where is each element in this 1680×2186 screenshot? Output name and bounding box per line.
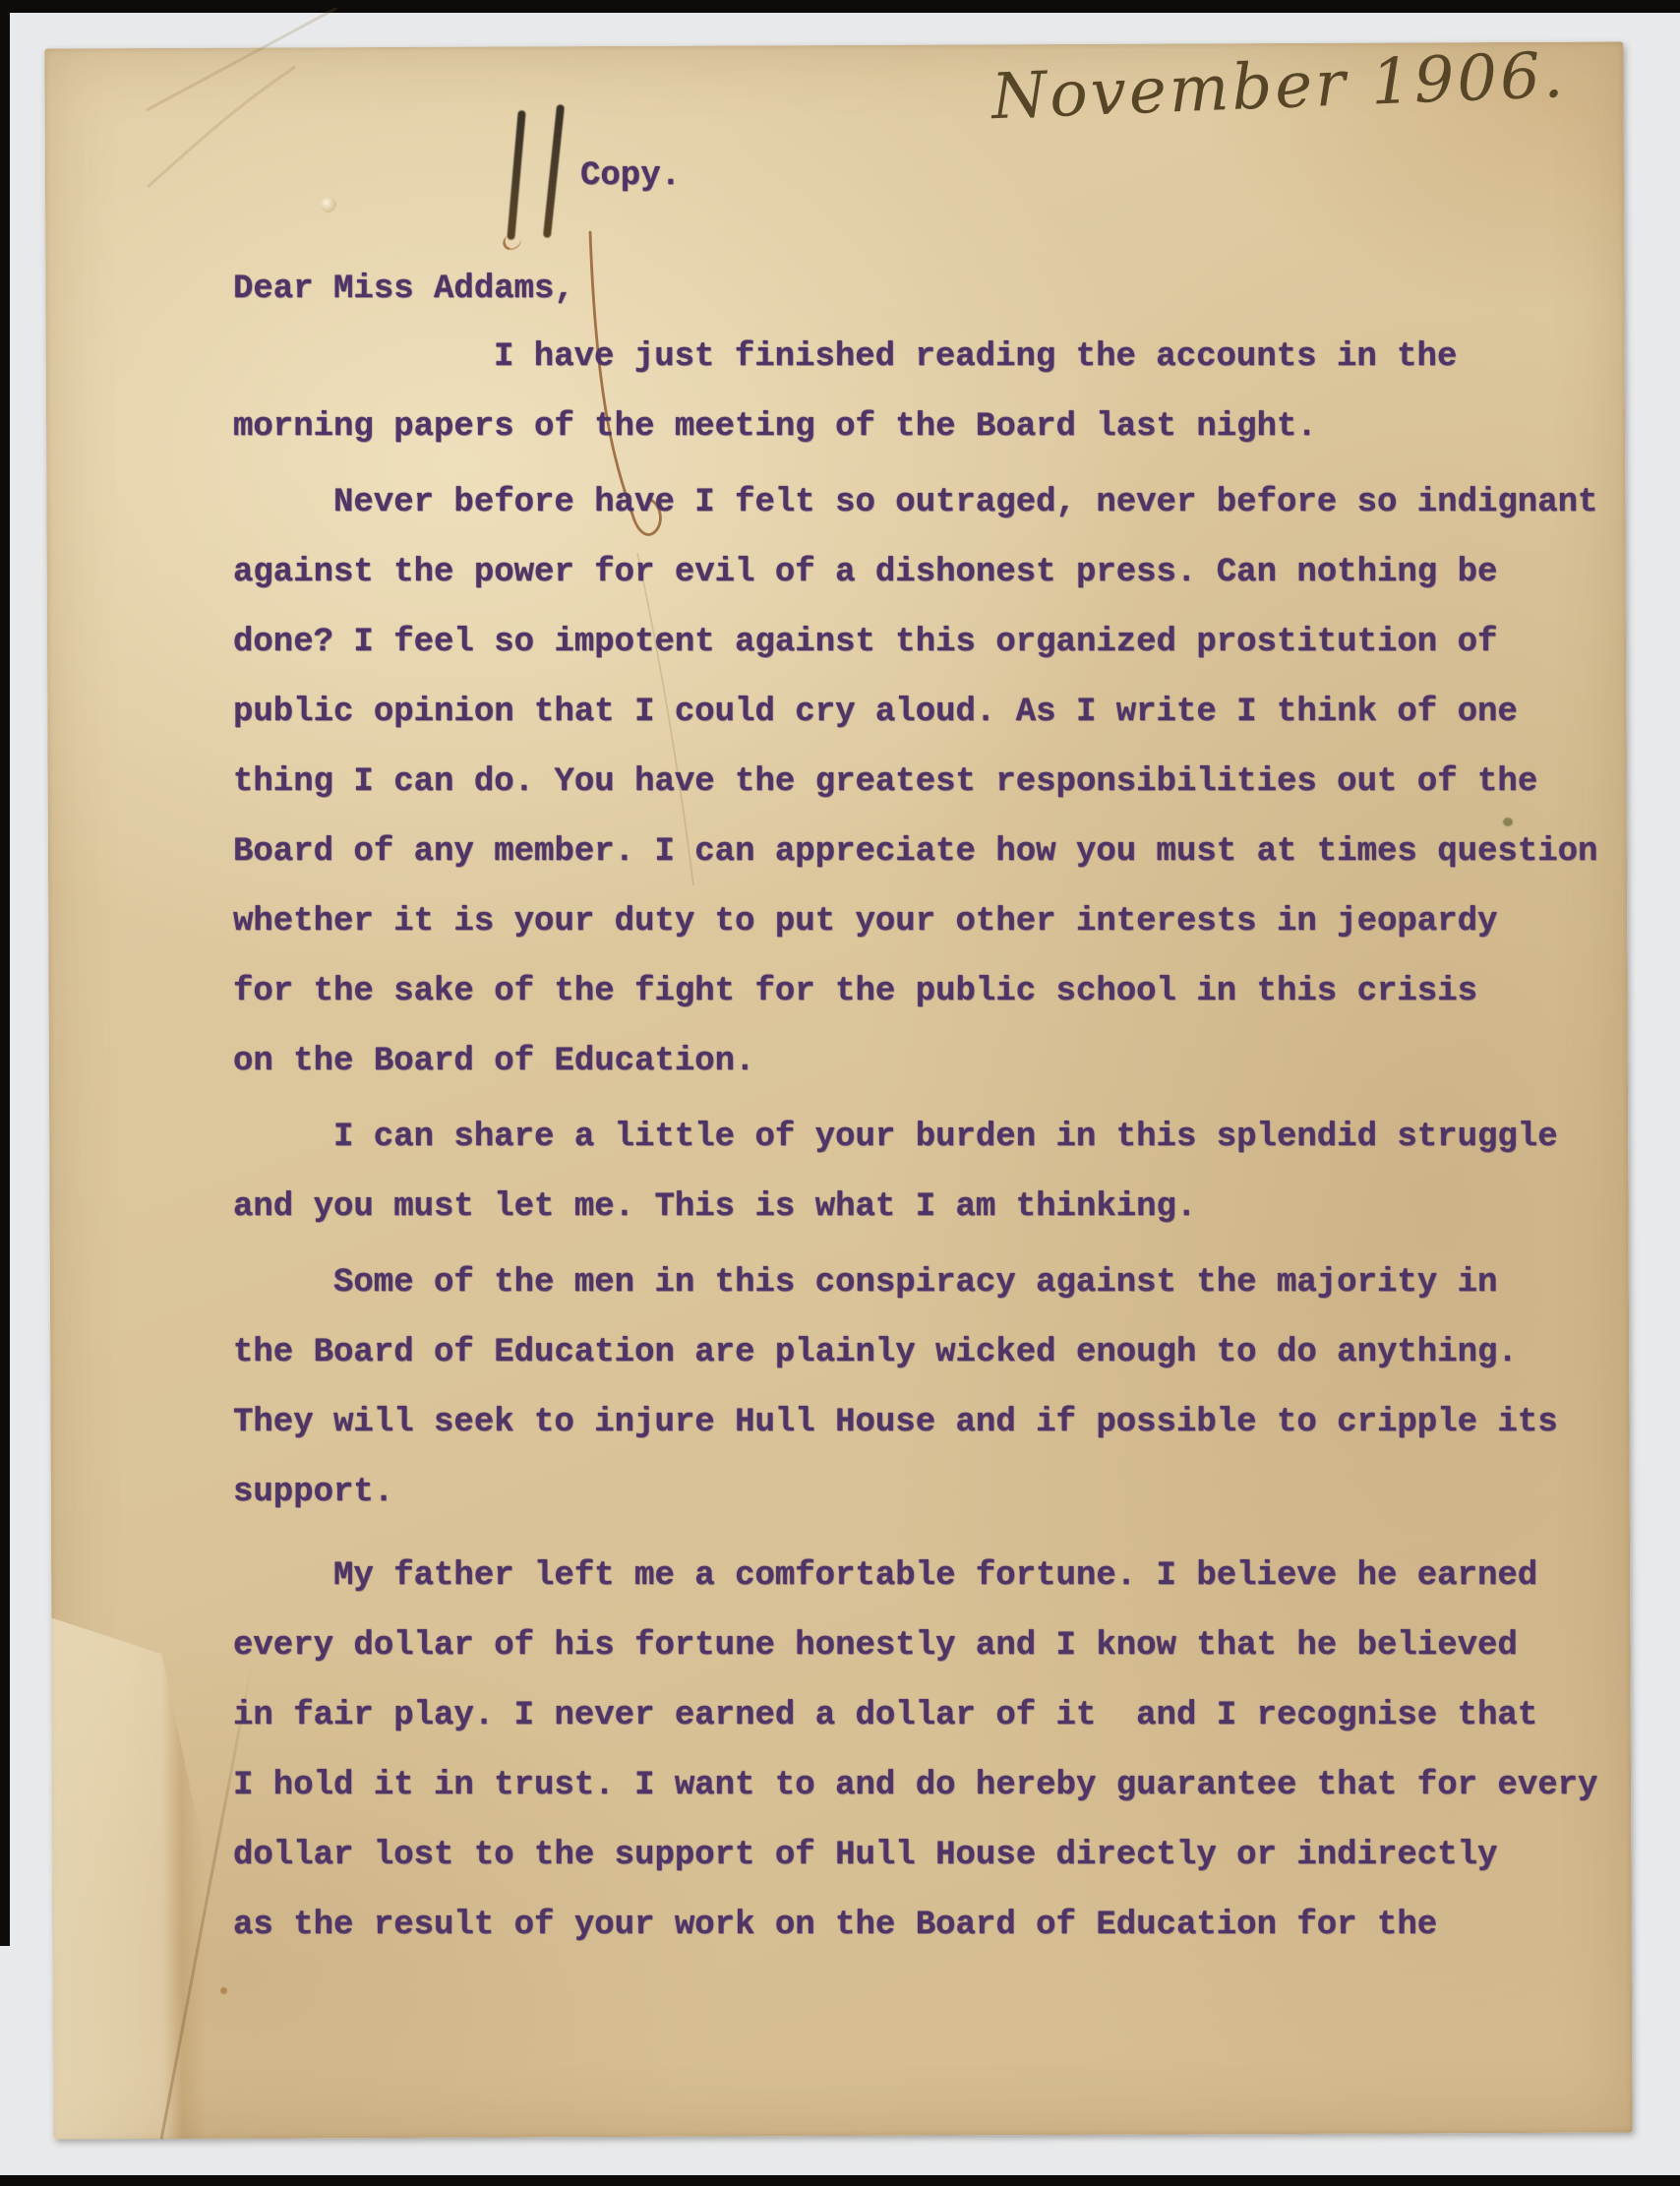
letter-line: I have just finished reading the account…: [233, 323, 1650, 393]
letter-line: I hold it in trust. I want to and do her…: [233, 1751, 1650, 1821]
letter-body: I have just finished reading the account…: [233, 323, 1650, 1961]
letter-line: support.: [233, 1458, 1650, 1528]
letter-line: Never before have I felt so outraged, ne…: [233, 468, 1650, 538]
letter-line: as the result of your work on the Board …: [233, 1891, 1650, 1961]
letter-line: dollar lost to the support of Hull House…: [233, 1821, 1650, 1891]
letter-line: Some of the men in this conspiracy again…: [233, 1248, 1650, 1318]
letter-line: whether it is your duty to put your othe…: [233, 887, 1650, 957]
letter-line: and you must let me. This is what I am t…: [233, 1173, 1650, 1243]
letter-line: morning papers of the meeting of the Boa…: [233, 393, 1650, 462]
letter-line: on the Board of Education.: [233, 1027, 1650, 1097]
letter-line: every dollar of his fortune honestly and…: [233, 1611, 1650, 1681]
letter-line: public opinion that I could cry aloud. A…: [233, 678, 1650, 748]
letter-line: the Board of Education are plainly wicke…: [233, 1318, 1650, 1388]
letter-line: thing I can do. You have the greatest re…: [233, 748, 1650, 818]
letter-line: They will seek to injure Hull House and …: [233, 1388, 1650, 1458]
letter-line: I can share a little of your burden in t…: [233, 1103, 1650, 1173]
copy-label: Copy.: [580, 157, 681, 195]
letter-line: in fair play. I never earned a dollar of…: [233, 1681, 1650, 1751]
paper-speck: [220, 1987, 227, 1994]
salutation: Dear Miss Addams,: [233, 271, 574, 308]
letter-line: Board of any member. I can appreciate ho…: [233, 818, 1650, 887]
typed-text-layer: Copy. Dear Miss Addams, I have just fini…: [0, 0, 1680, 2186]
letter-line: My father left me a comfortable fortune.…: [233, 1542, 1650, 1611]
scanned-letter-page: November 1906. Copy. Dear Miss Addams, I…: [0, 0, 1680, 2186]
letter-line: done? I feel so impotent against this or…: [233, 608, 1650, 678]
ink-speck: [1503, 818, 1513, 826]
letter-line: against the power for evil of a dishones…: [233, 538, 1650, 608]
letter-line: for the sake of the fight for the public…: [233, 957, 1650, 1027]
